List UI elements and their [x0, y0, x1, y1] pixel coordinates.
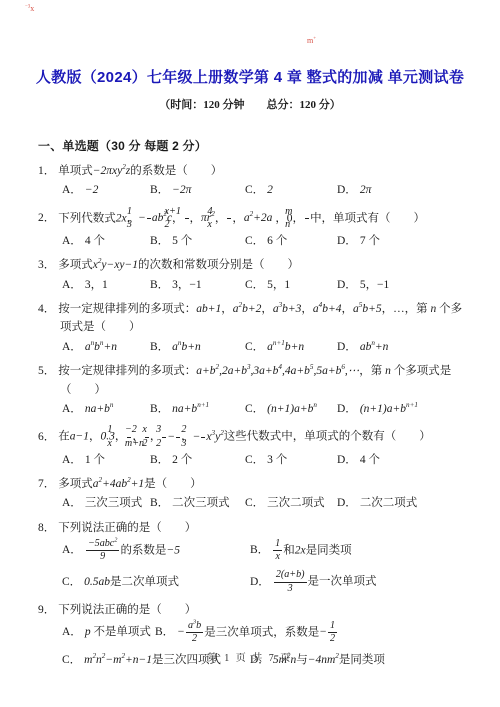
section-heading: 一、单选题（30 分 每题 2 分）: [38, 137, 470, 156]
math-expression: (n+1)a+bn+1: [360, 403, 418, 415]
option-label: B．: [150, 454, 169, 466]
option-C: C．(n+1)a+bn: [245, 400, 337, 418]
option-C: C．0.5ab是二次单项式: [62, 573, 250, 591]
math-expression: a3b+3: [273, 303, 302, 315]
question-text: 在a−1，0.3，1x，−2m+n，x2−32，−23x3y2这些代数式中，单项…: [58, 431, 431, 443]
option-text: 二次三项式: [172, 497, 230, 509]
question-stem: 8．下列说法正确的是（ ）: [38, 519, 472, 537]
option-text: 三次二项式: [267, 497, 325, 509]
option-A: A．p 不是单项式: [62, 623, 155, 641]
math-expression: −2πxy2z: [93, 165, 131, 177]
fraction: 32: [176, 424, 180, 449]
option-label: B．: [150, 497, 169, 509]
options-row: A．na+bnB．na+bn+1C．(n+1)a+bnD．(n+1)a+bn+1: [62, 400, 472, 418]
math-expression: na+bn: [85, 403, 114, 415]
question-number: 3．: [38, 259, 55, 271]
question-number: 5．: [38, 365, 55, 377]
option-B: B．3，−1: [150, 276, 245, 294]
math-expression: a2b+2: [233, 303, 262, 315]
math-expression: a2+2a: [244, 212, 273, 224]
option-label: D．: [250, 576, 270, 588]
math-expression: mn: [304, 212, 310, 224]
option-label: A．: [62, 626, 82, 638]
option-text: anbn+n: [85, 341, 117, 353]
fraction: a3b2: [186, 620, 203, 645]
math-expression: x2y−xy−1: [93, 259, 138, 271]
math-expression: x2−32: [161, 431, 181, 443]
page-footer: 第 1 页 共 7 页: [0, 651, 500, 667]
question-item: 1．单项式−2πxy2z的系数是（ ）A．−2B．−2πC．2D．2π: [38, 162, 472, 200]
options-row: A．−5abc29的系数是−5B．1x和2x是同类项: [62, 538, 472, 563]
options-row: A．anbn+nB．anb+nC．an+1b+nD．abn+n: [62, 338, 472, 356]
option-text: −2π: [172, 184, 191, 196]
option-label: D．: [337, 454, 357, 466]
math-expression: 2x: [295, 544, 306, 556]
math-expression: na+bn+1: [172, 403, 209, 415]
option-D: D．5，−1: [337, 276, 472, 294]
option-A: A．anbn+n: [62, 338, 150, 356]
fraction: 4x: [227, 206, 231, 231]
option-text: −2: [85, 184, 99, 196]
question-text: 下列代数式2x，−13ab2c，x+12，πr2，4x，a2+2a ，0，mn中…: [58, 212, 425, 224]
option-label: D．: [337, 403, 357, 415]
option-text: 三次三项式: [85, 497, 143, 509]
option-text: 3，1: [85, 279, 108, 291]
question-text: 按一定规律排列的多项式：ab+1，a2b+2，a3b+3，a4b+4，a5b+5…: [58, 303, 462, 333]
option-text: 3，−1: [172, 279, 202, 291]
red-mark-1: −3x: [25, 5, 34, 13]
option-text: −a3b2是三次单项式，系数是−12: [177, 626, 338, 638]
fraction: x+12: [185, 206, 189, 231]
question-stem: 4．按一定规律排列的多项式：ab+1，a2b+2，a3b+3，a4b+4，a5b…: [38, 300, 472, 337]
option-C: C．an+1b+n: [245, 338, 337, 356]
option-label: A．: [62, 235, 82, 247]
option-A: A．−2: [62, 181, 150, 199]
math-expression: −2: [85, 184, 99, 196]
option-label: B．: [150, 279, 169, 291]
question-stem: 7．多项式a2+4ab2+1是（ ）: [38, 475, 472, 493]
option-A: A．3，1: [62, 276, 150, 294]
fraction: mn: [305, 206, 309, 231]
questions: 1．单项式−2πxy2z的系数是（ ）A．−2B．−2πC．2D．2π2．下列代…: [0, 162, 500, 670]
option-text: 6 个: [267, 235, 287, 247]
option-B: B．2 个: [150, 451, 245, 469]
fraction: 23: [201, 424, 205, 449]
option-label: C．: [245, 235, 264, 247]
option-label: D．: [337, 184, 357, 196]
option-text: anb+n: [172, 341, 201, 353]
option-text: (n+1)a+bn+1: [360, 403, 418, 415]
math-expression: n: [385, 365, 391, 377]
options-row: A．4 个B．5 个C．6 个D．7 个: [62, 232, 472, 250]
math-expression: n: [430, 303, 436, 315]
options-row: A．−2B．−2πC．2D．2π: [62, 181, 472, 199]
option-A: A．na+bn: [62, 400, 150, 418]
question-number: 8．: [38, 522, 55, 534]
option-C: C．6 个: [245, 232, 337, 250]
option-text: 2 个: [172, 454, 192, 466]
option-label: B．: [155, 626, 174, 638]
math-expression: −5: [166, 544, 180, 556]
options-row: A．3，1B．3，−1C．5，1D．5，−1: [62, 276, 472, 294]
option-C: C．三次二项式: [245, 494, 337, 512]
question-stem: 9．下列说法正确的是（ ）: [38, 601, 472, 619]
option-text: 2: [267, 184, 273, 196]
option-B: B．anb+n: [150, 338, 245, 356]
option-label: A．: [62, 184, 82, 196]
question-stem: 5．按一定规律排列的多项式：a+b2,2a+b3,3a+b4,4a+b5,5a+…: [38, 362, 472, 399]
question-number: 4．: [38, 303, 55, 315]
option-B: B．二次三项式: [150, 494, 245, 512]
option-text: na+bn+1: [172, 403, 209, 415]
question-item: 6．在a−1，0.3，1x，−2m+n，x2−32，−23x3y2这些代数式中，…: [38, 424, 472, 469]
option-text: p 不是单项式: [85, 626, 151, 638]
question-stem: 1．单项式−2πxy2z的系数是（ ）: [38, 162, 472, 180]
option-C: C．3 个: [245, 451, 337, 469]
math-expression: a+b2,2a+b3,3a+b4,4a+b5,5a+b6,⋯: [196, 365, 359, 377]
question-number: 1．: [38, 165, 55, 177]
option-text: (n+1)a+bn: [267, 403, 317, 415]
option-text: 7 个: [360, 235, 380, 247]
option-text: 3 个: [267, 454, 287, 466]
option-label: C．: [62, 576, 81, 588]
question-stem: 3．多项式x2y−xy−1的次数和常数项分别是（ ）: [38, 256, 472, 274]
math-expression: abn+n: [360, 341, 389, 353]
option-A: A．三次三项式: [62, 494, 150, 512]
option-text: 5 个: [172, 235, 192, 247]
option-label: A．: [62, 544, 82, 556]
question-item: 4．按一定规律排列的多项式：ab+1，a2b+2，a3b+3，a4b+4，a5b…: [38, 300, 472, 356]
math-expression: 2(a+b)3: [273, 576, 308, 588]
option-label: B．: [150, 403, 169, 415]
question-item: 8．下列说法正确的是（ ）A．−5abc29的系数是−5B．1x和2x是同类项C…: [38, 519, 472, 595]
math-expression: a4b+4: [313, 303, 342, 315]
option-D: D．7 个: [337, 232, 472, 250]
exam-meta: （时间：120 分钟 总分：120 分）: [0, 97, 500, 115]
question-number: 7．: [38, 478, 55, 490]
math-expression: −5abc29: [85, 544, 121, 556]
option-C: C．2: [245, 181, 337, 199]
question-text: 单项式−2πxy2z的系数是（ ）: [58, 165, 222, 177]
option-D: D．2(a+b)3是一次单项式: [250, 569, 472, 594]
math-expression: 1x: [272, 544, 283, 556]
question-text: 下列说法正确的是（ ）: [58, 604, 196, 616]
options-row: C．0.5ab是二次单项式D．2(a+b)3是一次单项式: [62, 569, 472, 594]
option-D: D．abn+n: [337, 338, 472, 356]
question-text: 多项式a2+4ab2+1是（ ）: [58, 478, 201, 490]
option-label: C．: [245, 454, 264, 466]
option-label: B．: [150, 235, 169, 247]
option-text: 5，1: [267, 279, 290, 291]
option-label: D．: [337, 341, 357, 353]
option-D: D．二次二项式: [337, 494, 472, 512]
question-item: 2．下列代数式2x，−13ab2c，x+12，πr2，4x，a2+2a ，0，m…: [38, 206, 472, 251]
question-text: 按一定规律排列的多项式：a+b2,2a+b3,3a+b4,4a+b5,5a+b6…: [58, 365, 451, 395]
math-expression: a5b+5: [353, 303, 382, 315]
option-text: an+1b+n: [267, 341, 304, 353]
math-expression: an+1b+n: [267, 341, 304, 353]
option-label: D．: [337, 235, 357, 247]
option-label: B．: [250, 544, 269, 556]
option-B: B．−2π: [150, 181, 245, 199]
option-text: 二次二项式: [360, 497, 418, 509]
question-number: 6．: [38, 431, 55, 443]
option-label: D．: [337, 279, 357, 291]
option-label: A．: [62, 497, 82, 509]
option-text: abn+n: [360, 341, 389, 353]
option-B: B．1x和2x是同类项: [250, 538, 472, 563]
math-expression: 2: [267, 184, 273, 196]
option-B: B．5 个: [150, 232, 245, 250]
question-item: 5．按一定规律排列的多项式：a+b2,2a+b3,3a+b4,4a+b5,5a+…: [38, 362, 472, 418]
math-expression: a2+4ab2+1: [93, 478, 144, 490]
option-D: D．(n+1)a+bn+1: [337, 400, 472, 418]
question-stem: 6．在a−1，0.3，1x，−2m+n，x2−32，−23x3y2这些代数式中，…: [38, 424, 472, 449]
option-C: C．5，1: [245, 276, 337, 294]
options-row: A．1 个B．2 个C．3 个D．4 个: [62, 451, 472, 469]
fraction: −5abc29: [86, 538, 120, 563]
options-row: A．p 不是单项式B．−a3b2是三次单项式，系数是−12: [62, 620, 472, 645]
math-expression: anb+n: [172, 341, 201, 353]
math-expression: anbn+n: [85, 341, 117, 353]
option-text: 4 个: [360, 454, 380, 466]
red-mark-2: m+: [307, 37, 316, 45]
question-number: 2．: [38, 212, 55, 224]
option-label: B．: [150, 184, 169, 196]
option-A: A．1 个: [62, 451, 150, 469]
question-text: 多项式x2y−xy−1的次数和常数项分别是（ ）: [58, 259, 299, 271]
option-text: na+bn: [85, 403, 114, 415]
option-label: C．: [245, 184, 264, 196]
math-expression: 2π: [360, 184, 372, 196]
option-label: A．: [62, 279, 82, 291]
options-row: A．三次三项式B．二次三项式C．三次二项式D．二次二项式: [62, 494, 472, 512]
option-label: A．: [62, 454, 82, 466]
math-expression: p: [85, 626, 91, 638]
math-expression: −a3b2: [177, 626, 204, 638]
option-label: C．: [245, 497, 264, 509]
option-label: C．: [245, 279, 264, 291]
math-expression: −12: [319, 626, 338, 638]
option-text: 5，−1: [360, 279, 390, 291]
option-text: 2(a+b)3是一次单项式: [273, 576, 377, 588]
option-text: 4 个: [85, 235, 105, 247]
fraction: 2(a+b)3: [274, 569, 307, 594]
math-expression: 2x: [116, 212, 127, 224]
option-label: C．: [245, 403, 264, 415]
math-expression: 4x: [226, 212, 232, 224]
option-label: D．: [337, 497, 357, 509]
math-expression: ab+1: [196, 303, 221, 315]
option-label: A．: [62, 403, 82, 415]
exam-title: 人教版（2024）七年级上册数学第 4 章 整式的加减 单元测试卷: [20, 66, 480, 90]
option-label: B．: [150, 341, 169, 353]
option-A: A．−5abc29的系数是−5: [62, 538, 250, 563]
math-expression: −23x3y2: [193, 431, 224, 443]
option-A: A．4 个: [62, 232, 150, 250]
math-expression: −2π: [172, 184, 191, 196]
fraction: 1x: [273, 538, 282, 563]
option-text: 2π: [360, 184, 372, 196]
math-expression: 0.5ab: [84, 576, 110, 588]
question-number: 9．: [38, 604, 55, 616]
option-text: 1 个: [85, 454, 105, 466]
option-B: B．−a3b2是三次单项式，系数是−12: [155, 620, 472, 645]
question-item: 3．多项式x2y−xy−1的次数和常数项分别是（ ）A．3，1B．3，−1C．5…: [38, 256, 472, 294]
fraction: 13: [147, 206, 151, 231]
option-text: 0.5ab是二次单项式: [84, 576, 179, 588]
fraction: 12: [328, 620, 337, 645]
option-D: D．2π: [337, 181, 472, 199]
option-text: 1x和2x是同类项: [272, 544, 351, 556]
option-B: B．na+bn+1: [150, 400, 245, 418]
option-label: A．: [62, 341, 82, 353]
option-label: C．: [245, 341, 264, 353]
question-item: 7．多项式a2+4ab2+1是（ ）A．三次三项式B．二次三项式C．三次二项式D…: [38, 475, 472, 513]
option-D: D．4 个: [337, 451, 472, 469]
question-stem: 2．下列代数式2x，−13ab2c，x+12，πr2，4x，a2+2a ，0，m…: [38, 206, 472, 231]
math-expression: a−1: [70, 431, 89, 443]
exam-page: −3x m+ 人教版（2024）七年级上册数学第 4 章 整式的加减 单元测试卷…: [0, 0, 500, 707]
question-text: 下列说法正确的是（ ）: [58, 522, 196, 534]
math-expression: (n+1)a+bn: [267, 403, 317, 415]
option-text: −5abc29的系数是−5: [85, 544, 180, 556]
fraction: x2: [162, 424, 166, 449]
math-expression: x+12: [184, 212, 190, 224]
